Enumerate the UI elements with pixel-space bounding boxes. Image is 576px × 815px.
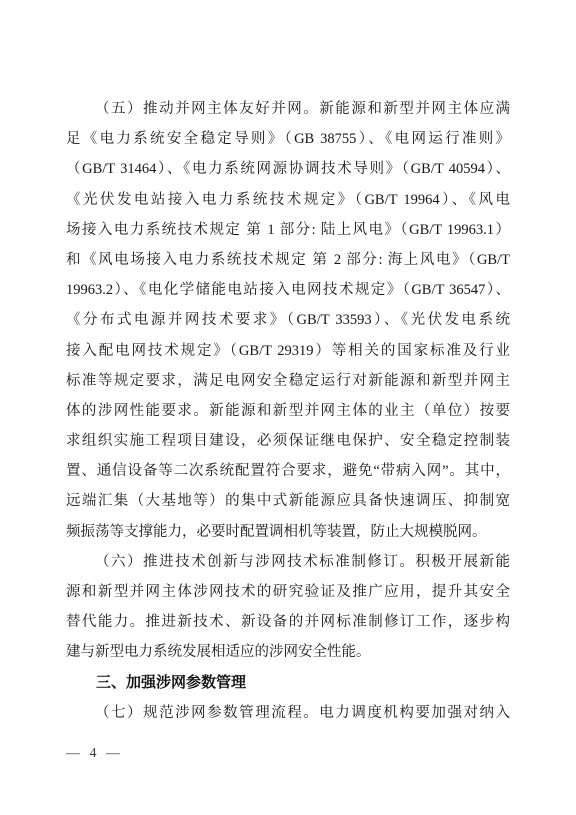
- document-body: （五）推动并网主体友好并网。新能源和新型并网主体应满 足《电力系统安全稳定导则》…: [66, 94, 510, 728]
- paragraph-5-line-3: （GB/T 31464）、《电力系统网源协调技术导则》（GB/T 40594）、: [66, 154, 510, 184]
- paragraph-5-line-9: 接入配电网技术规定》（GB/T 29319）等相关的国家标准及行业: [66, 336, 510, 366]
- paragraph-7-line-1: （七）规范涉网参数管理流程。电力调度机构要加强对纳入: [66, 698, 510, 728]
- paragraph-6-line-1: （六）推进技术创新与涉网技术标准制修订。积极开展新能: [66, 547, 510, 577]
- paragraph-5-line-13: 置、通信设备等二次系统配置符合要求，避免“带病入网”。其中，: [66, 456, 510, 486]
- paragraph-6-line-3: 替代能力。推进新技术、新设备的并网标准制修订工作，逐步构: [66, 607, 510, 637]
- paragraph-5-line-4: 《光伏发电站接入电力系统技术规定》（GB/T 19964）、《风电: [66, 185, 510, 215]
- paragraph-5-line-7: 19963.2）、《电化学储能电站接入电网技术规定》（GB/T 36547）、: [66, 275, 510, 305]
- paragraph-5-line-14: 远端汇集（大基地等）的集中式新能源应具备快速调压、抑制宽: [66, 486, 510, 516]
- paragraph-5-line-1: （五）推动并网主体友好并网。新能源和新型并网主体应满: [66, 94, 510, 124]
- page-number: — 4 —: [66, 744, 123, 764]
- paragraph-5-line-15: 频振荡等支撑能力，必要时配置调相机等装置，防止大规模脱网。: [66, 517, 510, 547]
- paragraph-5-line-2: 足《电力系统安全稳定导则》（GB 38755）、《电网运行准则》: [66, 124, 510, 154]
- paragraph-6-line-4: 建与新型电力系统发展相适应的涉网安全性能。: [66, 637, 510, 667]
- paragraph-5-line-10: 标准等规定要求，满足电网安全稳定运行对新能源和新型并网主: [66, 366, 510, 396]
- paragraph-5-line-5: 场接入电力系统技术规定 第 1 部分: 陆上风电》（GB/T 19963.1）: [66, 215, 510, 245]
- document-page: （五）推动并网主体友好并网。新能源和新型并网主体应满 足《电力系统安全稳定导则》…: [0, 0, 576, 815]
- paragraph-5-line-12: 求组织实施工程项目建设，必须保证继电保护、安全稳定控制装: [66, 426, 510, 456]
- paragraph-6-line-2: 源和新型并网主体涉网技术的研究验证及推广应用，提升其安全: [66, 577, 510, 607]
- paragraph-5-line-6: 和《风电场接入电力系统技术规定 第 2 部分: 海上风电》（GB/T: [66, 245, 510, 275]
- paragraph-5-line-8: 《分布式电源并网技术要求》（GB/T 33593）、《光伏发电系统: [66, 305, 510, 335]
- paragraph-5-line-11: 体的涉网性能要求。新能源和新型并网主体的业主（单位）按要: [66, 396, 510, 426]
- section-3-heading: 三、加强涉网参数管理: [66, 668, 510, 698]
